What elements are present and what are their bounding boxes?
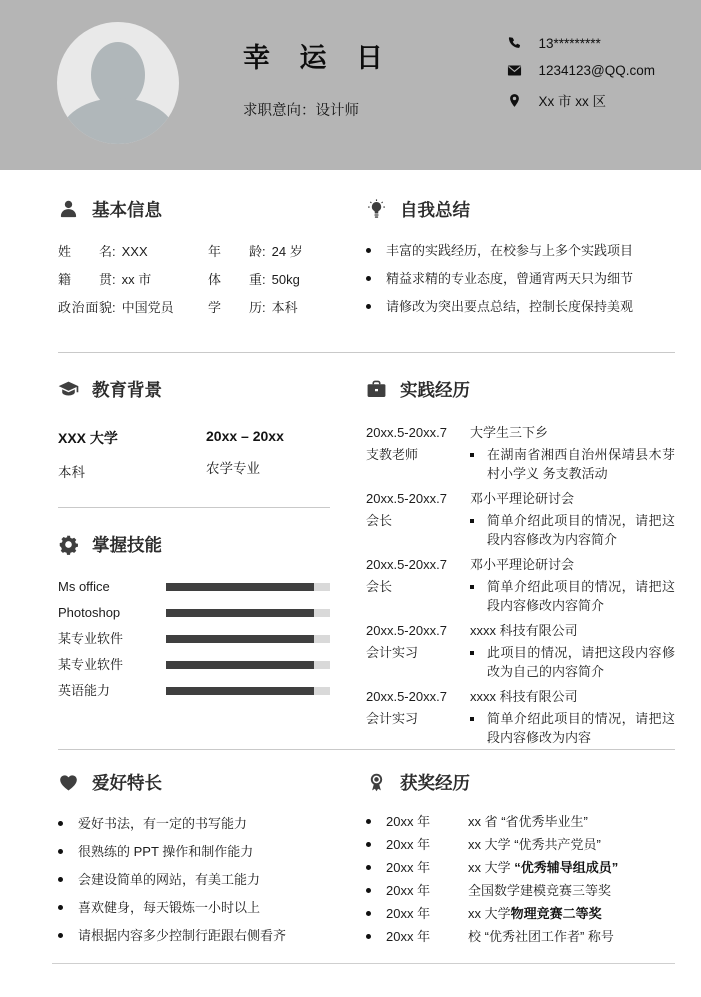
practice-date: 20xx.5-20xx.7 [366,687,470,706]
info-colon: : [262,300,266,315]
practice-role: 支教老师 [366,445,470,464]
bullet-dot [366,911,371,916]
bullet-square [470,651,474,655]
basic-info-grid: 姓名:XXX 籍贯:xx 市 政治面貌:中国党员 年龄:24 岁 [58,244,330,328]
info-label: 学历 [208,300,262,315]
practice-date: 20xx.5-20xx.7 [366,423,470,442]
bullet-dot [58,933,63,938]
hobby-text: 很熟练的 PPT 操作和制作能力 [78,844,253,859]
hobby-item: 请根据内容多少控制行距跟右侧看齐 [58,928,330,943]
practice-detail: xxxx 科技有限公司 此项目的情况，请把这段内容修改为自己的内容简介 [470,621,675,681]
skill-bar-fill [166,661,314,669]
award-text: xx 大学 “优秀共产党员” [468,837,601,852]
info-field: 年龄:24 岁 [208,244,330,259]
award-row: 20xx 年 xx 大学物理竞赛二等奖 [366,906,675,921]
bullet-square [470,453,474,457]
info-label: 籍贯 [58,272,112,287]
heart-icon [58,772,79,793]
award-year: 20xx 年 [386,814,468,829]
phone-icon [507,36,522,51]
awards-title: 获奖经历 [400,770,470,795]
degree: 本科 [58,461,206,481]
practice-meta: 20xx.5-20xx.7 会长 [366,489,470,549]
skill-bar-track [166,635,330,643]
bullet-dot [58,905,63,910]
practice-desc: 在湖南省湘西自治州保靖县木芽村小学义 务支教活动 [487,445,675,483]
info-colon: : [112,244,116,259]
hobbies-list: 爱好书法，有一定的书写能力 很熟练的 PPT 操作和制作能力 会建设简单的网站，… [58,816,330,943]
email-icon [507,63,522,78]
skill-bar-fill [166,687,314,695]
header: 幸 运 日 求职意向：设计师 13********* 1234123@QQ.co… [0,0,701,170]
education-title-row: 教育背景 [58,377,330,402]
practice-detail: 邓小平理论研讨会 简单介绍此项目的情况，请把这段内容修改为内容简介 [470,489,675,549]
skill-bar-fill [166,609,314,617]
briefcase-icon [366,379,387,400]
practice-role: 会长 [366,577,470,596]
practice-desc: 简单介绍此项目的情况，请把这段内容修改为内容 [487,709,675,747]
hobbies-title-row: 爱好特长 [58,770,330,795]
practice-detail: 大学生三下乡 在湖南省湘西自治州保靖县木芽村小学义 务支教活动 [470,423,675,483]
award-year: 20xx 年 [386,929,468,944]
practice-name: 大学生三下乡 [470,423,675,442]
bullet-square [470,519,474,523]
contact-phone: 13********* [507,36,655,51]
section-practice: 实践经历 20xx.5-20xx.7 支教老师 大学生三下乡 在湖南省湘西自治州… [366,377,675,749]
hobby-item: 喜欢健身，每天锻炼一小时以上 [58,900,330,915]
bullet-dot [366,934,371,939]
resume-page: 幸 运 日 求职意向：设计师 13********* 1234123@QQ.co… [0,0,701,997]
skill-row: Ms office [58,579,330,594]
practice-desc-row: 简单介绍此项目的情况，请把这段内容修改为内容简介 [470,511,675,549]
summary-list: 丰富的实践经历，在校参与上多个实践项目 精益求精的专业态度，曾通宵两天只为细节 … [366,243,675,314]
award-text-normal: xx 大学 “优秀共产党员” [468,837,601,852]
award-text-normal: xx 大学 [468,906,511,921]
info-value: XXX [122,244,148,259]
contact-email: 1234123@QQ.com [507,63,655,78]
section-hobbies: 爱好特长 爱好书法，有一定的书写能力 很熟练的 PPT 操作和制作能力 会建设简… [58,770,330,950]
hobbies-title: 爱好特长 [92,770,162,795]
skill-row: 某专业软件 [58,631,330,646]
bullet-dot [58,877,63,882]
info-colon: : [262,244,266,259]
skill-row: 某专业软件 [58,657,330,672]
job-intent: 求职意向：设计师 [243,99,394,120]
header-center: 幸 运 日 求职意向：设计师 [243,0,394,120]
info-value: xx 市 [122,272,152,287]
info-field: 政治面貌:中国党员 [58,300,208,315]
bullet-dot [58,821,63,826]
contact-location: Xx 市 xx 区 [507,90,655,110]
info-value: 50kg [272,272,300,287]
practice-entry: 20xx.5-20xx.7 支教老师 大学生三下乡 在湖南省湘西自治州保靖县木芽… [366,423,675,483]
avatar [57,22,179,144]
skill-bar-track [166,583,330,591]
practice-date: 20xx.5-20xx.7 [366,489,470,508]
awards-title-row: 获奖经历 [366,770,675,795]
section-education: 教育背景 XXX 大学 本科 20xx – 20xx 农学专业 [58,377,330,481]
practice-detail: xxxx 科技有限公司 简单介绍此项目的情况，请把这段内容修改为内容 [470,687,675,747]
skill-row: Photoshop [58,605,330,620]
summary-item: 精益求精的专业态度，曾通宵两天只为细节 [366,271,675,286]
row-basic-summary: 基本信息 姓名:XXX 籍贯:xx 市 政治面貌:中国党员 [58,170,675,352]
basic-info-title: 基本信息 [92,197,162,222]
bullet-dot [366,276,371,281]
page-bottom-rule [52,963,675,964]
award-text-normal: xx 大学 [468,860,514,875]
info-label: 年龄 [208,244,262,259]
award-row: 20xx 年 校 “优秀社团工作者” 称号 [366,929,675,944]
section-awards: 获奖经历 20xx 年 xx 省 “省优秀毕业生” 20xx 年 xx 大学 “… [366,770,675,950]
basic-info-col-right: 年龄:24 岁 体重:50kg 学历:本科 [208,244,330,328]
practice-name: 邓小平理论研讨会 [470,555,675,574]
award-text-normal: 全国数学建模竞赛三等奖 [468,883,611,898]
skill-bar-fill [166,583,314,591]
basic-info-title-row: 基本信息 [58,197,330,222]
study-period: 20xx – 20xx [206,428,284,444]
practice-date: 20xx.5-20xx.7 [366,555,470,574]
row-education-practice: 教育背景 XXX 大学 本科 20xx – 20xx 农学专业 [58,353,675,749]
skill-name: Ms office [58,579,166,594]
skill-row: 英语能力 [58,683,330,698]
award-year: 20xx 年 [386,906,468,921]
award-year: 20xx 年 [386,837,468,852]
summary-text: 精益求精的专业态度，曾通宵两天只为细节 [386,271,633,286]
practice-name: xxxx 科技有限公司 [470,621,675,640]
skills-title: 掌握技能 [92,532,162,557]
award-row: 20xx 年 xx 大学 “优秀辅导组成员” [366,860,675,875]
practice-date: 20xx.5-20xx.7 [366,621,470,640]
summary-text: 请修改为突出要点总结，控制长度保持美观 [386,299,633,314]
practice-desc: 简单介绍此项目的情况，请把这段内容修改为内容简介 [487,511,675,549]
bullet-dot [366,248,371,253]
practice-meta: 20xx.5-20xx.7 会计实习 [366,621,470,681]
section-basic-info: 基本信息 姓名:XXX 籍贯:xx 市 政治面貌:中国党员 [58,197,330,352]
practice-name: 邓小平理论研讨会 [470,489,675,508]
skill-name: Photoshop [58,605,166,620]
practice-desc: 此项目的情况，请把这段内容修改为自己的内容简介 [487,643,675,681]
award-row: 20xx 年 全国数学建模竞赛三等奖 [366,883,675,898]
skill-bar-track [166,609,330,617]
lightbulb-icon [366,199,387,220]
practice-entry: 20xx.5-20xx.7 会长 邓小平理论研讨会 简单介绍此项目的情况，请把这… [366,489,675,549]
education-right: 20xx – 20xx 农学专业 [206,428,284,481]
practice-title: 实践经历 [400,377,470,402]
info-field: 学历:本科 [208,300,330,315]
award-text-bold: 物理竞赛二等奖 [511,906,602,921]
contact-block: 13********* 1234123@QQ.com Xx 市 xx 区 [507,0,655,110]
practice-meta: 20xx.5-20xx.7 支教老师 [366,423,470,483]
info-value: 中国党员 [122,300,174,315]
bullet-square [470,585,474,589]
avatar-shoulders [60,98,176,144]
bullet-dot [366,304,371,309]
info-colon: : [112,272,116,287]
location-text: Xx 市 xx 区 [538,90,606,110]
awards-list: 20xx 年 xx 省 “省优秀毕业生” 20xx 年 xx 大学 “优秀共产党… [366,814,675,944]
info-field: 籍贯:xx 市 [58,272,208,287]
award-text: xx 省 “省优秀毕业生” [468,814,588,829]
award-text-normal: 校 “优秀社团工作者” 称号 [468,929,614,944]
award-text: xx 大学 “优秀辅导组成员” [468,860,618,875]
award-text: 校 “优秀社团工作者” 称号 [468,929,614,944]
skill-bar-track [166,687,330,695]
basic-info-col-left: 姓名:XXX 籍贯:xx 市 政治面貌:中国党员 [58,244,208,328]
info-field: 体重:50kg [208,272,330,287]
skill-name: 某专业软件 [58,657,166,672]
hobby-item: 会建设简单的网站，有美工能力 [58,872,330,887]
info-value: 本科 [272,300,298,315]
school-name: XXX 大学 [58,428,206,448]
info-value: 24 岁 [272,244,303,259]
info-colon: : [112,300,116,315]
practice-role: 会计实习 [366,643,470,662]
practice-entry: 20xx.5-20xx.7 会计实习 xxxx 科技有限公司 简单介绍此项目的情… [366,687,675,747]
practice-title-row: 实践经历 [366,377,675,402]
left-column: 教育背景 XXX 大学 本科 20xx – 20xx 农学专业 [58,377,330,749]
practice-meta: 20xx.5-20xx.7 会计实习 [366,687,470,747]
award-year: 20xx 年 [386,883,468,898]
summary-text: 丰富的实践经历，在校参与上多个实践项目 [386,243,633,258]
bullet-square [470,717,474,721]
education-grid: XXX 大学 本科 20xx – 20xx 农学专业 [58,428,330,481]
row-hobbies-awards: 爱好特长 爱好书法，有一定的书写能力 很熟练的 PPT 操作和制作能力 会建设简… [58,750,675,950]
summary-title-row: 自我总结 [366,197,675,222]
practice-desc: 简单介绍此项目的情况，请把这段内容修改内容简介 [487,577,675,615]
medal-icon [366,772,387,793]
practice-desc-row: 简单介绍此项目的情况，请把这段内容修改为内容 [470,709,675,747]
education-left: XXX 大学 本科 [58,428,206,481]
hobby-text: 请根据内容多少控制行距跟右侧看齐 [78,928,286,943]
user-icon [58,199,79,220]
award-text: 全国数学建模竞赛三等奖 [468,883,611,898]
bullet-dot [58,849,63,854]
award-text-normal: xx 省 “省优秀毕业生” [468,814,588,829]
hobby-item: 很熟练的 PPT 操作和制作能力 [58,844,330,859]
practice-meta: 20xx.5-20xx.7 会长 [366,555,470,615]
award-text-bold: “优秀辅导组成员” [514,860,618,875]
practice-desc-row: 简单介绍此项目的情况，请把这段内容修改内容简介 [470,577,675,615]
info-label: 政治面貌 [58,300,112,315]
skills-list: Ms office Photoshop 某专业软件 某专业软件 [58,579,330,698]
practice-desc-row: 在湖南省湘西自治州保靖县木芽村小学义 务支教活动 [470,445,675,483]
info-colon: : [262,272,266,287]
bullet-dot [366,888,371,893]
bullet-dot [366,865,371,870]
bullet-dot [366,819,371,824]
skill-name: 英语能力 [58,683,166,698]
candidate-name: 幸 运 日 [243,36,394,75]
practice-entry: 20xx.5-20xx.7 会长 邓小平理论研讨会 简单介绍此项目的情况，请把这… [366,555,675,615]
phone-number: 13********* [538,36,600,51]
section-summary: 自我总结 丰富的实践经历，在校参与上多个实践项目 精益求精的专业态度，曾通宵两天… [366,197,675,352]
education-title: 教育背景 [92,377,162,402]
award-text: xx 大学物理竞赛二等奖 [468,906,602,921]
practice-desc-row: 此项目的情况，请把这段内容修改为自己的内容简介 [470,643,675,681]
bullet-dot [366,842,371,847]
skills-title-row: 掌握技能 [58,532,330,557]
info-field: 姓名:XXX [58,244,208,259]
hobby-text: 喜欢健身，每天锻炼一小时以上 [78,900,260,915]
hobby-item: 爱好书法，有一定的书写能力 [58,816,330,831]
divider [58,507,330,508]
location-icon [507,93,522,108]
practice-name: xxxx 科技有限公司 [470,687,675,706]
practice-entry: 20xx.5-20xx.7 会计实习 xxxx 科技有限公司 此项目的情况，请把… [366,621,675,681]
practice-detail: 邓小平理论研讨会 简单介绍此项目的情况，请把这段内容修改内容简介 [470,555,675,615]
major: 农学专业 [206,457,284,477]
award-row: 20xx 年 xx 省 “省优秀毕业生” [366,814,675,829]
section-skills: 掌握技能 Ms office Photoshop 某专业软件 [58,532,330,698]
graduation-cap-icon [58,379,79,400]
info-label: 体重 [208,272,262,287]
summary-item: 请修改为突出要点总结，控制长度保持美观 [366,299,675,314]
award-row: 20xx 年 xx 大学 “优秀共产党员” [366,837,675,852]
practice-list: 20xx.5-20xx.7 支教老师 大学生三下乡 在湖南省湘西自治州保靖县木芽… [366,423,675,747]
gear-icon [58,534,79,555]
email-address: 1234123@QQ.com [538,63,655,78]
practice-role: 会计实习 [366,709,470,728]
info-label: 姓名 [58,244,112,259]
practice-role: 会长 [366,511,470,530]
skill-bar-track [166,661,330,669]
skill-bar-fill [166,635,314,643]
skill-name: 某专业软件 [58,631,166,646]
hobby-text: 会建设简单的网站，有美工能力 [78,872,260,887]
content: 基本信息 姓名:XXX 籍贯:xx 市 政治面貌:中国党员 [0,170,701,950]
award-year: 20xx 年 [386,860,468,875]
summary-title: 自我总结 [400,197,470,222]
summary-item: 丰富的实践经历，在校参与上多个实践项目 [366,243,675,258]
hobby-text: 爱好书法，有一定的书写能力 [78,816,247,831]
